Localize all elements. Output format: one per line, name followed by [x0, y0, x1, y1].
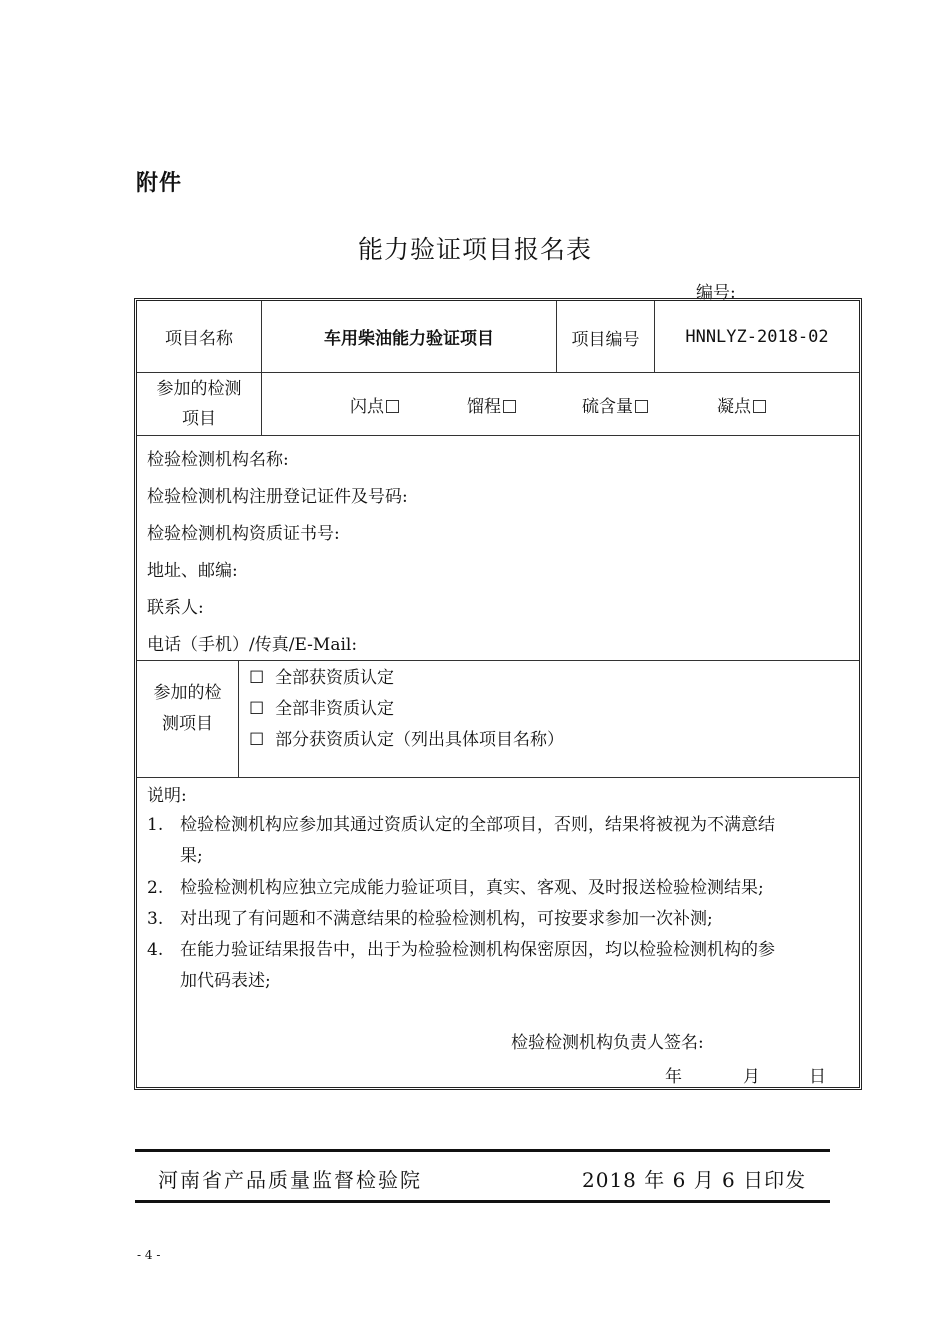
attachment-label: 附件	[136, 166, 182, 197]
accreditation-label-line2: 测项目	[162, 709, 213, 740]
project-code-value: HNNLYZ-2018-02	[655, 301, 859, 372]
registration-form-table: 项目名称 车用柴油能力验证项目 项目编号 HNNLYZ-2018-02 参加的检…	[134, 298, 862, 1090]
form-title: 能力验证项目报名表	[0, 230, 950, 266]
date-year-label: 年	[665, 1062, 682, 1087]
test-items-options: 闪点 馏程 硫含量 凝点	[262, 373, 859, 435]
institution-certificate-field[interactable]: 检验检测机构资质证书号:	[147, 519, 340, 544]
signature-label[interactable]: 检验检测机构负责人签名:	[511, 1028, 704, 1053]
note-item-1: 1.检验检测机构应参加其通过资质认定的全部项目，否则，结果将被视为不满意结	[147, 810, 775, 835]
option-all-non-accredited[interactable]: ☐ 全部非资质认定	[249, 694, 394, 719]
notes-section: 说明: 1.检验检测机构应参加其通过资质认定的全部项目，否则，结果将被视为不满意…	[137, 778, 859, 1087]
test-items-row: 参加的检测 项目 闪点 馏程 硫含量 凝点	[137, 373, 859, 436]
note-item-4: 4.在能力验证结果报告中，出于为检验检测机构保密原因，均以检验检测机构的参	[147, 935, 775, 960]
checkbox-icon[interactable]	[503, 400, 516, 413]
project-code-label: 项目编号	[557, 301, 655, 372]
address-postcode-field[interactable]: 地址、邮编:	[147, 556, 238, 581]
footer-top-rule	[135, 1149, 830, 1152]
test-item-flash-point[interactable]: 闪点	[350, 392, 399, 417]
institution-info-section: 检验检测机构名称: 检验检测机构注册登记证件及号码: 检验检测机构资质证书号: …	[137, 436, 859, 661]
project-name-value: 车用柴油能力验证项目	[262, 301, 557, 372]
date-month-label: 月	[743, 1062, 760, 1087]
phone-fax-email-field[interactable]: 电话（手机）/传真/E-Mail:	[147, 630, 357, 655]
notes-heading: 说明:	[147, 781, 187, 806]
option-partially-accredited[interactable]: ☐ 部分获资质认定（列出具体项目名称）	[249, 725, 564, 750]
checkbox-icon[interactable]	[753, 400, 766, 413]
issuer-name: 河南省产品质量监督检验院	[158, 1164, 422, 1193]
checkbox-icon[interactable]	[635, 400, 648, 413]
test-items-label: 参加的检测 项目	[137, 373, 262, 435]
institution-registration-field[interactable]: 检验检测机构注册登记证件及号码:	[147, 482, 408, 507]
checkbox-icon[interactable]: ☐	[249, 730, 264, 750]
accreditation-label-line1: 参加的检	[154, 678, 222, 709]
test-item-cold-filter-point[interactable]: 凝点	[717, 392, 766, 417]
note-item-4-cont: 加代码表述;	[180, 966, 271, 991]
test-items-label-line1: 参加的检测	[157, 374, 242, 404]
issue-date: 2018 年 6 月 6 日印发	[582, 1164, 806, 1193]
date-day-label: 日	[809, 1062, 826, 1087]
option-all-accredited[interactable]: ☐ 全部获资质认定	[249, 663, 394, 688]
checkbox-icon[interactable]: ☐	[249, 668, 264, 688]
test-item-sulfur-content[interactable]: 硫含量	[582, 392, 648, 417]
test-items-label-line2: 项目	[182, 404, 216, 434]
note-item-3: 3.对出现了有问题和不满意结果的检验检测机构，可按要求参加一次补测;	[147, 904, 713, 929]
checkbox-icon[interactable]	[386, 400, 399, 413]
project-info-row: 项目名称 车用柴油能力验证项目 项目编号 HNNLYZ-2018-02	[137, 301, 859, 373]
checkbox-icon[interactable]: ☐	[249, 699, 264, 719]
footer-bottom-rule	[135, 1200, 830, 1203]
contact-person-field[interactable]: 联系人:	[147, 593, 204, 618]
accreditation-row: 参加的检 测项目 ☐ 全部获资质认定 ☐ 全部非资质认定 ☐ 部分获资质认定（列…	[137, 661, 859, 778]
project-name-label: 项目名称	[137, 301, 262, 372]
accreditation-label: 参加的检 测项目	[137, 661, 239, 777]
page-number: - 4 -	[137, 1248, 160, 1262]
note-item-2: 2.检验检测机构应独立完成能力验证项目，真实、客观、及时报送检验检测结果;	[147, 873, 764, 898]
institution-name-field[interactable]: 检验检测机构名称:	[147, 445, 289, 470]
note-item-1-cont: 果;	[180, 841, 203, 866]
test-item-distillation[interactable]: 馏程	[467, 392, 516, 417]
